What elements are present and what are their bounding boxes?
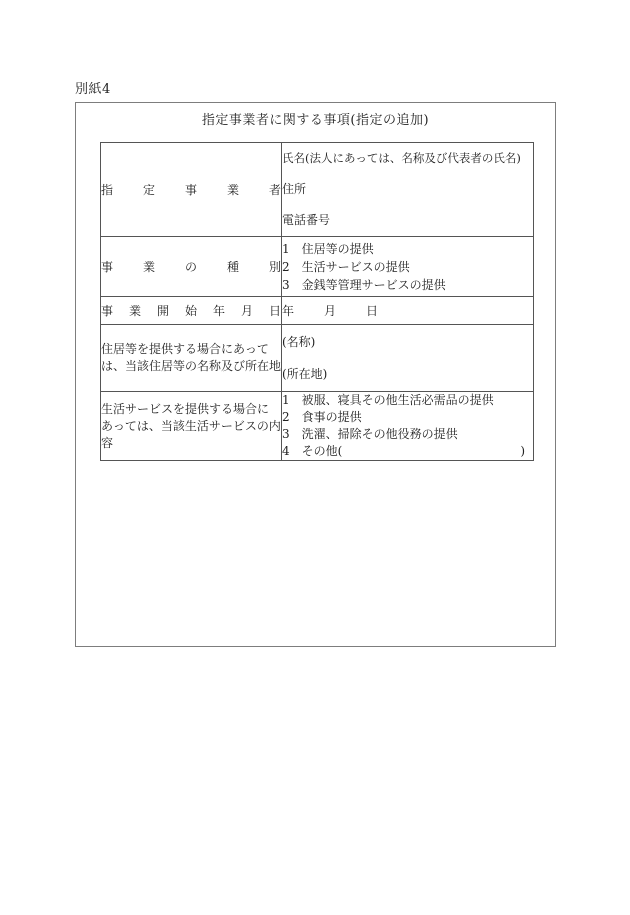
housing-label: 住居等を提供する場合にあっては、当該住居等の名称及び所在地: [101, 325, 282, 392]
life-services-option-3: 3 洗濯、掃除その他役務の提供: [282, 426, 533, 443]
designated-provider-fields: 氏名(法人にあっては、名称及び代表者の氏名) 住所 電話番号: [282, 143, 534, 237]
row-start-date: 事 業 開 始 年 月 日 年 月 日: [101, 297, 534, 325]
business-type-option-2: 2 生活サービスの提供: [282, 258, 533, 276]
business-type-label: 事 業 の 種 別: [101, 237, 282, 297]
business-type-option-1: 1 住居等の提供: [282, 240, 533, 258]
row-housing: 住居等を提供する場合にあっては、当該住居等の名称及び所在地 (名称) (所在地): [101, 325, 534, 392]
designated-provider-label: 指 定 事 業 者: [101, 143, 282, 237]
other-option-close-paren: ): [520, 443, 525, 460]
business-type-options: 1 住居等の提供 2 生活サービスの提供 3 金銭等管理サービスの提供: [282, 237, 534, 297]
row-business-type: 事 業 の 種 別 1 住居等の提供 2 生活サービスの提供 3 金銭等管理サー…: [101, 237, 534, 297]
housing-fields: (名称) (所在地): [282, 325, 534, 392]
housing-name-field-label: (名称): [282, 326, 533, 358]
life-services-label: 生活サービスを提供する場合にあっては、当該生活サービスの内容: [101, 392, 282, 461]
life-services-options: 1 被服、寝具その他生活必需品の提供 2 食事の提供 3 洗濯、掃除その他役務の…: [282, 392, 534, 461]
start-date-blank-value: 年 月 日: [282, 302, 533, 319]
attachment-label: 別紙4: [75, 82, 111, 97]
form-border-box: 指定事業者に関する事項(指定の追加) 指 定 事 業 者 氏名(法人にあっては、…: [75, 102, 556, 647]
start-date-label: 事 業 開 始 年 月 日: [101, 297, 282, 325]
row-designated-provider: 指 定 事 業 者 氏名(法人にあっては、名称及び代表者の氏名) 住所 電話番号: [101, 143, 534, 237]
provider-address-field-label: 住所: [282, 174, 533, 205]
document-title: 指定事業者に関する事項(指定の追加): [76, 112, 555, 129]
document-page: 別紙4 指定事業者に関する事項(指定の追加) 指 定 事 業 者 氏名(法人にあ…: [0, 0, 630, 915]
life-services-option-2: 2 食事の提供: [282, 409, 533, 426]
life-services-option-1: 1 被服、寝具その他生活必需品の提供: [282, 392, 533, 409]
life-services-option-other: 4 その他( ): [282, 443, 533, 460]
provider-phone-field-label: 電話番号: [282, 205, 533, 236]
provider-name-field-label: 氏名(法人にあっては、名称及び代表者の氏名): [282, 143, 533, 174]
other-option-prefix: 4 その他(: [282, 443, 342, 460]
row-life-services: 生活サービスを提供する場合にあっては、当該生活サービスの内容 1 被服、寝具その…: [101, 392, 534, 461]
housing-location-field-label: (所在地): [282, 358, 533, 390]
start-date-value-cell: 年 月 日: [282, 297, 534, 325]
form-table: 指 定 事 業 者 氏名(法人にあっては、名称及び代表者の氏名) 住所 電話番号…: [100, 142, 534, 461]
business-type-option-3: 3 金銭等管理サービスの提供: [282, 276, 533, 294]
